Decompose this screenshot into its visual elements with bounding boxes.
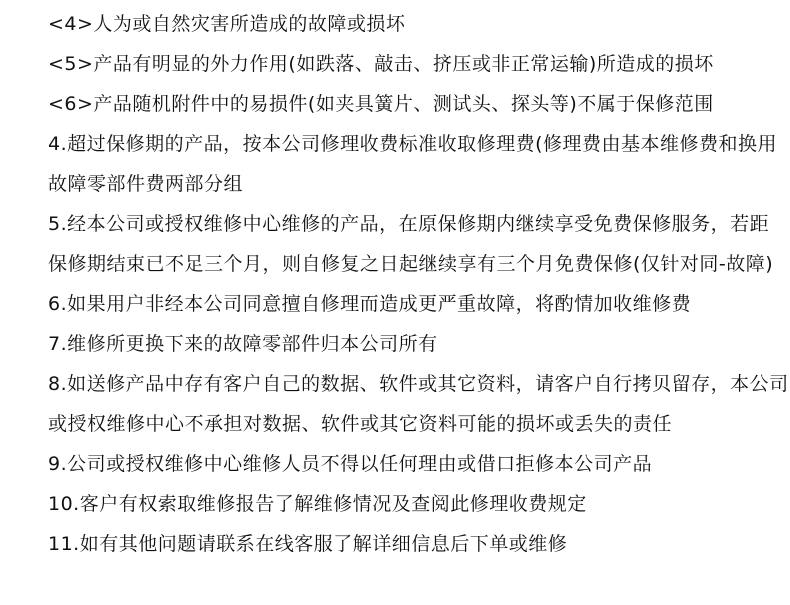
terms-line-item11: 11.如有其他问题请联系在线客服了解详细信息后下单或维修: [48, 524, 770, 564]
terms-line-exclusion-6: <6>产品随机附件中的易损件(如夹具簧片、测试头、探头等)不属于保修范围: [48, 84, 770, 124]
terms-line-exclusion-4: <4>人为或自然灾害所造成的故障或损坏: [48, 4, 770, 44]
terms-line-item5: 5.经本公司或授权维修中心维修的产品，在原保修期内继续享受免费保修服务，若距: [48, 204, 770, 244]
terms-line-item10: 10.客户有权索取维修报告了解维修情况及查阅此修理收费规定: [48, 484, 770, 524]
terms-line-item8: 8.如送修产品中存有客户自己的数据、软件或其它资料，请客户自行拷贝留存，本公司: [48, 364, 770, 404]
terms-line-item6: 6.如果用户非经本公司同意擅自修理而造成更严重故障，将酌情加收维修费: [48, 284, 770, 324]
terms-line-item9: 9.公司或授权维修中心维修人员不得以任何理由或借口拒修本公司产品: [48, 444, 770, 484]
terms-line-item8-cont: 或授权维修中心不承担对数据、软件或其它资料可能的损坏或丢失的责任: [48, 404, 770, 444]
terms-line-exclusion-5: <5>产品有明显的外力作用(如跌落、敲击、挤压或非正常运输)所造成的损坏: [48, 44, 770, 84]
terms-line-item7: 7.维修所更换下来的故障零部件归本公司所有: [48, 324, 770, 364]
terms-line-item5-cont: 保修期结束已不足三个月，则自修复之日起继续享有三个月免费保修(仅针对同-故障): [48, 244, 770, 284]
terms-line-item4-cont: 故障零部件费两部分组: [48, 164, 770, 204]
warranty-terms-document: <4>人为或自然灾害所造成的故障或损坏 <5>产品有明显的外力作用(如跌落、敲击…: [0, 0, 790, 605]
terms-line-item4: 4.超过保修期的产品，按本公司修理收费标准收取修理费(修理费由基本维修费和换用: [48, 124, 770, 164]
